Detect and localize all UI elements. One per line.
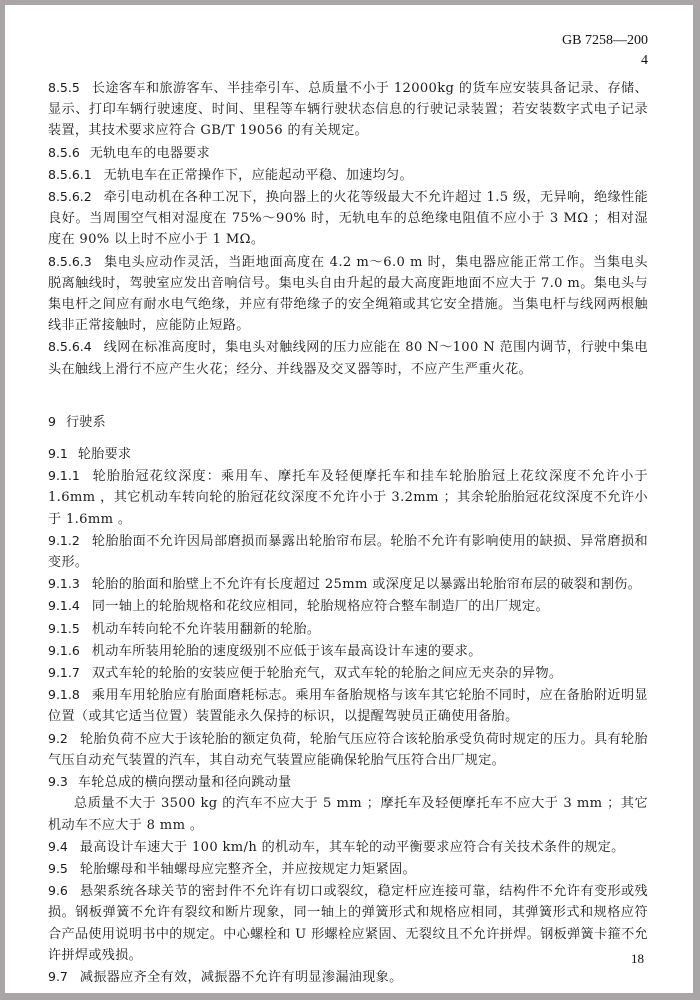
clause-9-3-body: 总质量不大于 3500 kg 的汽车不应大于 5 mm ；摩托车及轻便摩托车不应… [48,793,648,835]
clause-number: 8.5.6 [48,145,80,160]
heading-text: 行驶系 [66,415,106,430]
section-heading-9-3: 9.3车轮总成的横向摆动量和径向跳动量 [48,771,648,793]
clause-8-5-6-4: 8.5.6.4线网在标准高度时，集电头对触线网的压力应能在 80 N～100 N… [48,336,648,379]
clause-text: 牵引电动机在各种工况下，换向器上的火花等级最大不允许超过 1.5 级，无异响，绝… [48,190,648,247]
clause-number: 9.1.1 [48,468,80,483]
clause-text: 线网在标准高度时，集电头对触线网的压力应能在 80 N～100 N 范围内调节，… [48,340,648,376]
section-heading-8-5-6: 8.5.6无轨电车的电器要求 [48,142,648,164]
clause-text: 轮胎螺母和半轴螺母应完整齐全，并应按规定力矩紧固。 [80,862,416,877]
clause-9-1-6: 9.1.6机动车所装用轮胎的速度级别不应低于该车最高设计车速的要求。 [48,640,648,662]
clause-9-1-3: 9.1.3轮胎的胎面和胎壁上不允许有长度超过 25mm 或深度足以暴露出轮胎帘布… [48,573,648,595]
clause-9-1-4: 9.1.4同一轴上的轮胎规格和花纹应相同，轮胎规格应符合整车制造厂的出厂规定。 [48,595,648,617]
clause-text: 轮胎负荷不应大于该轮胎的额定负荷，轮胎气压应符合该轮胎承受负荷时规定的压力。具有… [48,732,648,768]
clause-8-5-5: 8.5.5长途客车和旅游客车、半挂牵引车、总质量不小于 12000kg 的货车应… [48,77,648,142]
clause-9-4: 9.4最高设计车速大于 100 km/h 的机动车，其车轮的动平衡要求应符合有关… [48,836,648,858]
clause-text: 长途客车和旅游客车、半挂牵引车、总质量不小于 12000kg 的货车应安装具备记… [48,81,648,138]
standard-year-suffix: 4 [562,51,648,71]
page-number: 18 [631,951,644,967]
clause-number: 9.1.2 [48,533,80,548]
clause-8-5-6-2: 8.5.6.2牵引电动机在各种工况下，换向器上的火花等级最大不允许超过 1.5 … [48,186,648,251]
clause-text: 双式车轮的轮胎的安装应便于轮胎充气，双式车轮的轮胎之间应无夹杂的异物。 [92,666,563,681]
document-body: 8.5.5长途客车和旅游客车、半挂牵引车、总质量不小于 12000kg 的货车应… [48,77,648,988]
clause-number: 8.5.6.1 [48,167,92,182]
clause-9-1-2: 9.1.2轮胎胎面不允许因局部磨损而暴露出轮胎帘布层。轮胎不允许有影响使用的缺损… [48,530,648,573]
clause-text: 无轨电车在正常操作下，应能起动平稳、加速均匀。 [104,168,413,183]
clause-number: 9.4 [48,839,68,854]
clause-9-7: 9.7减振器应齐全有效，减振器不允许有明显渗漏油现象。 [48,966,648,988]
section-heading-9-1: 9.1轮胎要求 [48,443,648,465]
document-page: GB 7258—200 4 8.5.5长途客车和旅游客车、半挂牵引车、总质量不小… [5,5,693,993]
heading-text: 车轮总成的横向摆动量和径向跳动量 [78,775,292,790]
clause-number: 8.5.6.4 [48,339,92,354]
clause-number: 8.5.6.3 [48,254,92,269]
clause-number: 9.1.5 [48,621,80,636]
clause-text: 轮胎胎冠花纹深度：乘用车、摩托车及轻便摩托车和挂车轮胎胎冠上花纹深度不允许小于 … [48,469,648,526]
clause-text: 轮胎的胎面和胎壁上不允许有长度超过 25mm 或深度足以暴露出轮胎帘布层的破裂和… [92,577,641,592]
clause-text: 乘用车用轮胎应有胎面磨耗标志。乘用车备胎规格与该车其它轮胎不同时，应在备胎附近明… [48,688,648,724]
document-header: GB 7258—200 4 [562,31,648,71]
clause-text: 轮胎胎面不允许因局部磨损而暴露出轮胎帘布层。轮胎不允许有影响使用的缺损、异常磨损… [48,534,648,570]
clause-number: 9.1.7 [48,665,80,680]
clause-text: 同一轴上的轮胎规格和花纹应相同，轮胎规格应符合整车制造厂的出厂规定。 [92,599,549,614]
clause-8-5-6-3: 8.5.6.3集电头应动作灵活，当距地面高度在 4.2 m～6.0 m 时，集电… [48,251,648,337]
heading-text: 轮胎要求 [78,447,131,462]
clause-number: 9.1.8 [48,687,80,702]
clause-number: 9.1.4 [48,598,80,613]
clause-text: 最高设计车速大于 100 km/h 的机动车，其车轮的动平衡要求应符合有关技术条… [80,840,625,855]
clause-number: 9.1.6 [48,643,80,658]
clause-8-5-6-1: 8.5.6.1无轨电车在正常操作下，应能起动平稳、加速均匀。 [48,164,648,186]
clause-number: 9.3 [48,774,68,789]
clause-number: 9.7 [48,969,68,984]
clause-text: 机动车所装用轮胎的速度级别不应低于该车最高设计车速的要求。 [92,644,482,659]
clause-9-1-1: 9.1.1轮胎胎冠花纹深度：乘用车、摩托车及轻便摩托车和挂车轮胎胎冠上花纹深度不… [48,465,648,530]
clause-number: 9.2 [48,731,68,746]
clause-number: 8.5.5 [48,80,80,95]
standard-code: GB 7258—200 [562,31,648,51]
clause-number: 8.5.6.2 [48,189,92,204]
clause-9-6: 9.6悬架系统各球关节的密封件不允许有切口或裂纹，稳定杆应连接可靠，结构件不允许… [48,880,648,966]
clause-number: 9.6 [48,883,68,898]
clause-9-5: 9.5轮胎螺母和半轴螺母应完整齐全，并应按规定力矩紧固。 [48,858,648,880]
clause-9-2: 9.2轮胎负荷不应大于该轮胎的额定负荷，轮胎气压应符合该轮胎承受负荷时规定的压力… [48,728,648,771]
clause-9-1-8: 9.1.8乘用车用轮胎应有胎面磨耗标志。乘用车备胎规格与该车其它轮胎不同时，应在… [48,684,648,727]
heading-text: 无轨电车的电器要求 [90,146,210,161]
clause-9-1-5: 9.1.5机动车转向轮不允许装用翻新的轮胎。 [48,618,648,640]
chapter-number: 9 [48,414,56,429]
clause-text: 悬架系统各球关节的密封件不允许有切口或裂纹，稳定杆应连接可靠，结构件不允许有变形… [48,884,648,963]
spacer [48,433,648,443]
clause-text: 机动车转向轮不允许装用翻新的轮胎。 [92,622,321,637]
clause-number: 9.1.3 [48,576,80,591]
clause-text: 减振器应齐全有效，减振器不允许有明显渗漏油现象。 [80,970,403,985]
clause-text: 集电头应动作灵活，当距地面高度在 4.2 m～6.0 m 时，集电器应能正常工作… [48,255,648,334]
clause-number: 9.1 [48,446,68,461]
clause-text: 总质量不大于 3500 kg 的汽车不应大于 5 mm ；摩托车及轻便摩托车不应… [48,796,648,832]
clause-9-1-7: 9.1.7双式车轮的轮胎的安装应便于轮胎充气，双式车轮的轮胎之间应无夹杂的异物。 [48,662,648,684]
clause-number: 9.5 [48,861,68,876]
spacer [48,380,648,411]
chapter-heading-9: 9行驶系 [48,411,648,433]
